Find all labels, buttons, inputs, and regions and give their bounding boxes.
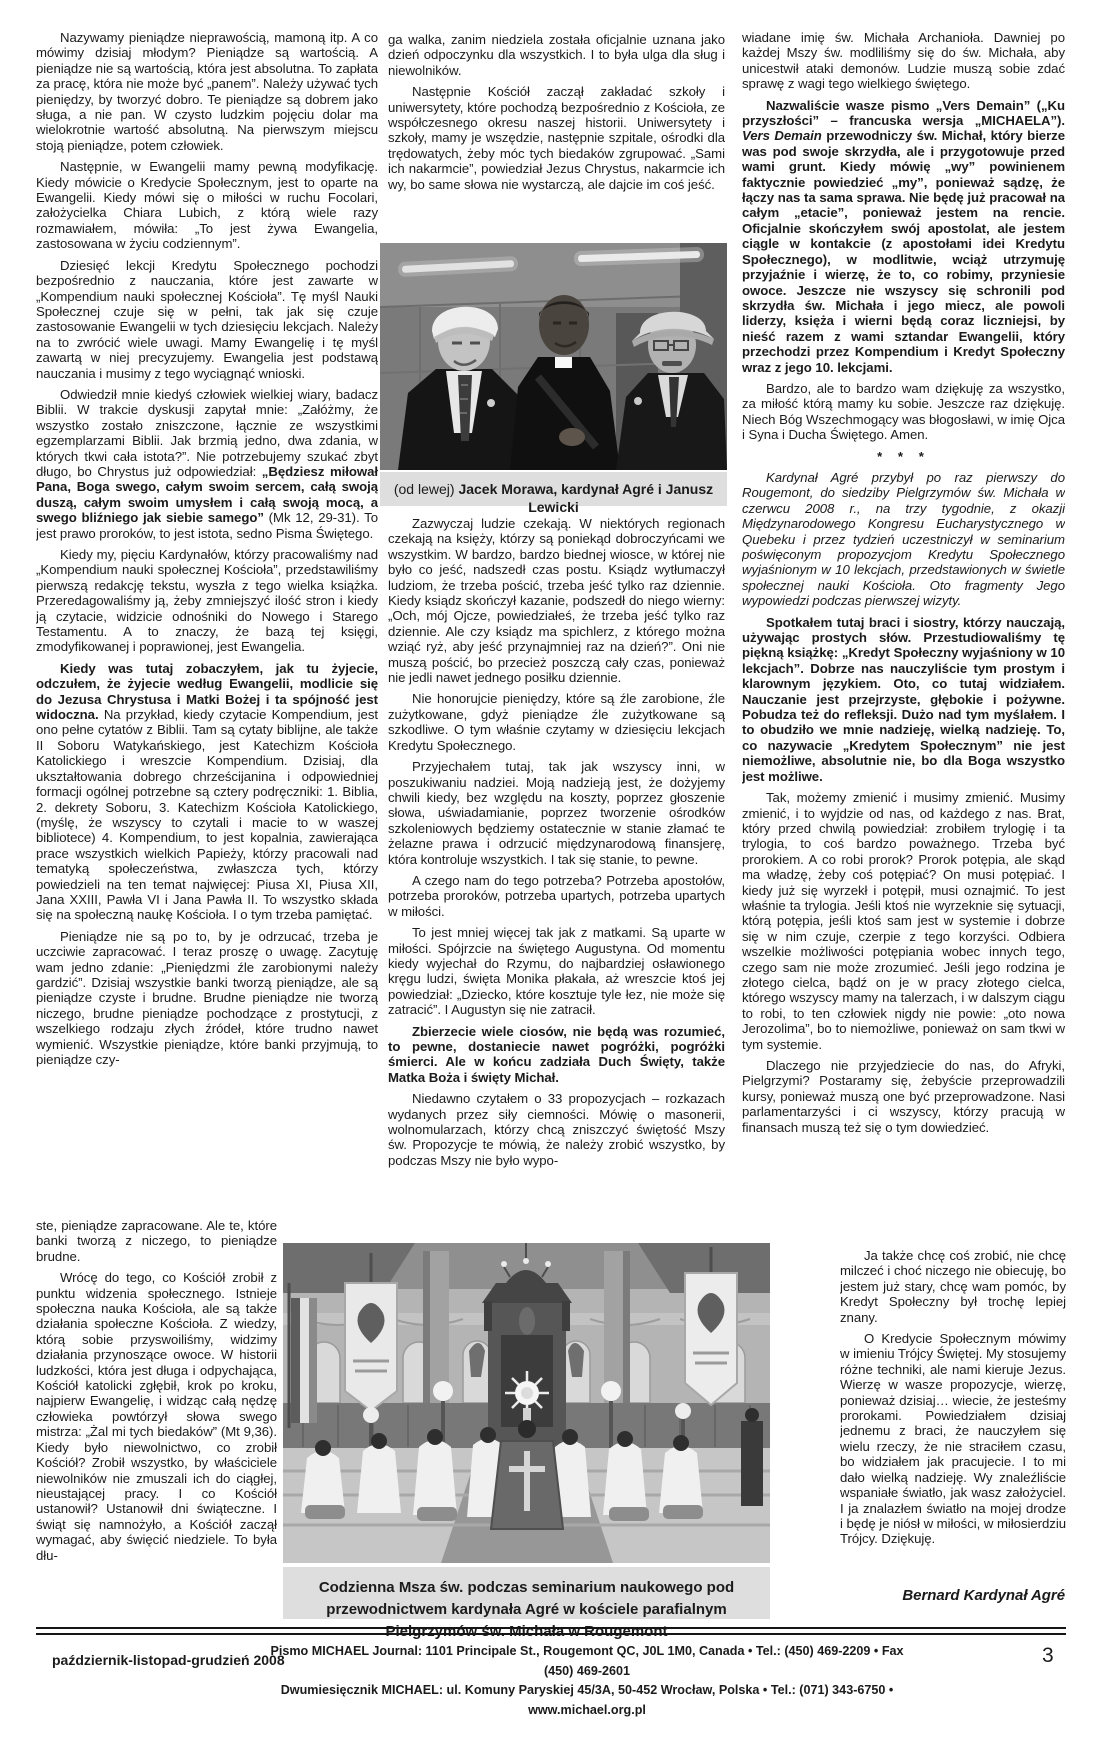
paragraph: Kiedy was tutaj zobaczyłem, jak tu żyjec… [36, 661, 378, 923]
paragraph: Tak, możemy zmienić i musimy zmienić. Mu… [742, 790, 1065, 1052]
paragraph: Dlaczego nie przyjedziecie do nas, do Af… [742, 1058, 1065, 1135]
column-2-text: Zazwyczaj ludzie czekają. W niektórych r… [388, 516, 725, 1236]
photo-mass-in-rougemont-church [283, 1243, 770, 1563]
paragraph: Kardynał Agré przybył po raz pierwszy do… [742, 470, 1065, 609]
paragraph: Zazwyczaj ludzie czekają. W niektórych r… [388, 516, 725, 685]
paragraph: Zbierzecie wiele ciosów, nie będą was ro… [388, 1024, 725, 1086]
footer-divider [36, 1627, 1066, 1635]
paragraph: Spotkałem tutaj braci i siostry, którzy … [742, 615, 1065, 784]
paragraph: Kiedy my, pięciu Kardynałów, którzy prac… [36, 547, 378, 655]
paragraph: Nazywamy pieniądze nieprawością, mamoną … [36, 30, 378, 153]
article-signature: Bernard Kardynał Agré [742, 1588, 1065, 1616]
footer-address-line1: Pismo MICHAEL Journal: 1101 Principale S… [262, 1642, 912, 1681]
paragraph: wiadane imię św. Michała Archanioła. Daw… [742, 30, 1065, 92]
page-number: 3 [1042, 1644, 1054, 1668]
column-2-top-text: ga walka, zanim niedziela została oficja… [388, 32, 725, 238]
column-1-narrow-text: ste, pieniądze zapracowane. Ale te, któr… [36, 1218, 277, 1616]
paragraph: Nie honorujcie pieniędzy, które są źle z… [388, 691, 725, 753]
paragraph: Przyjechałem tutaj, tak jak wszyscy inni… [388, 759, 725, 867]
signature-text: Bernard Kardynał Agré [902, 1588, 1065, 1604]
paragraph: Ja także chcę coś zrobić, nie chcę milcz… [840, 1248, 1066, 1325]
footer-issue-date: październik-listopad-grudzień 2008 [52, 1652, 285, 1668]
paragraph: Odwiedził mnie kiedyś człowiek wielkiej … [36, 387, 378, 541]
photo1-caption-prefix: (od lewej) [394, 481, 459, 497]
paragraph: ste, pieniądze zapracowane. Ale te, któr… [36, 1218, 277, 1264]
paragraph: ga walka, zanim niedziela została oficja… [388, 32, 725, 78]
photo1-caption: (od lewej) Jacek Morawa, kardynał Agré i… [380, 472, 727, 506]
column-1-text: Nazywamy pieniądze nieprawością, mamoną … [36, 30, 378, 1216]
photo-cardinal-agre-with-delegates [380, 243, 727, 470]
paragraph: Niedawno czytałem o 33 propozycjach – ro… [388, 1091, 725, 1168]
paragraph: Nazwaliście wasze pismo „Vers Demain” („… [742, 98, 1065, 375]
photo1-caption-names: Jacek Morawa, kardynał Agré i Janusz Lew… [458, 481, 713, 515]
paragraph: Bardzo, ale to bardzo wam dziękuję za ws… [742, 381, 1065, 443]
column-3-text: wiadane imię św. Michała Archanioła. Daw… [742, 30, 1065, 1246]
paragraph: To jest mniej więcej tak jak z matkami. … [388, 925, 725, 1017]
footer-address-line2: Dwumiesięcznik MICHAEL: ul. Komuny Parys… [262, 1681, 912, 1720]
column-3-narrow-text: Ja także chcę coś zrobić, nie chcę milcz… [840, 1248, 1066, 1624]
paragraph: * * * [742, 449, 1065, 464]
paragraph: A czego nam do tego potrzeba? Potrzeba a… [388, 873, 725, 919]
paragraph: Dziesięć lekcji Kredytu Społecznego poch… [36, 258, 378, 381]
footer-publisher-info: Pismo MICHAEL Journal: 1101 Principale S… [262, 1642, 912, 1720]
paragraph: O Kredycie Społecznym mówimy w imieniu T… [840, 1331, 1066, 1547]
flag [289, 1283, 317, 1428]
paragraph: Wrócę do tego, co Kościół zrobił z punkt… [36, 1270, 277, 1563]
newspaper-page: Nazywamy pieniądze nieprawością, mamoną … [0, 0, 1118, 1751]
photo2-caption: Codzienna Msza św. podczas seminarium na… [283, 1567, 770, 1619]
paragraph: Pieniądze nie są po to, by je odrzucać, … [36, 929, 378, 1068]
paragraph: Następnie Kościół zaczął zakładać szkoły… [388, 84, 725, 192]
paragraph: Następnie, w Ewangelii mamy pewną modyfi… [36, 159, 378, 251]
